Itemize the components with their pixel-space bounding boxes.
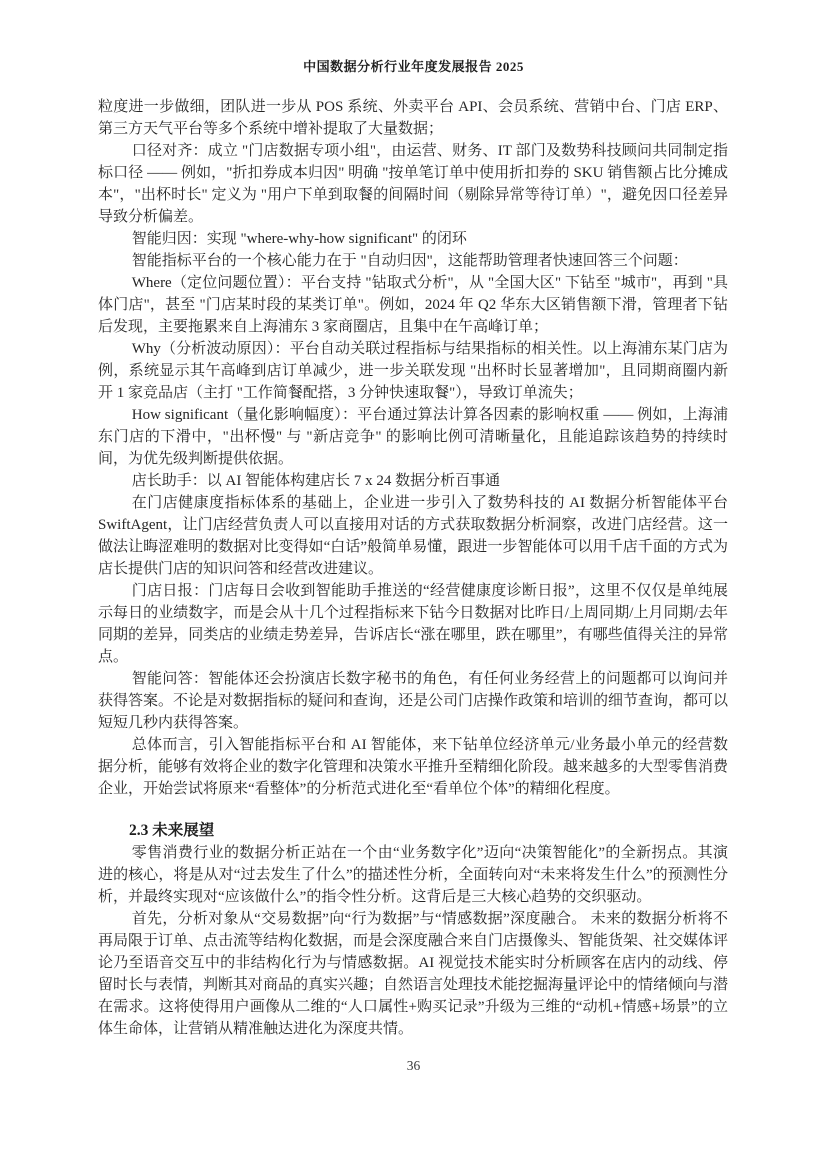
- paragraph: 粒度进一步做细，团队进一步从 POS 系统、外卖平台 API、会员系统、营销中台…: [98, 96, 728, 140]
- paragraph: 智能问答：智能体还会扮演店长数字秘书的角色，有任何业务经营上的问题都可以询问并获…: [98, 668, 728, 734]
- document-body: 粒度进一步做细，团队进一步从 POS 系统、外卖平台 API、会员系统、营销中台…: [98, 96, 728, 1040]
- paragraph: 店长助手：以 AI 智能体构建店长 7 x 24 数据分析百事通: [98, 470, 728, 492]
- paragraph: How significant（量化影响幅度）：平台通过算法计算各因素的影响权重…: [98, 404, 728, 470]
- document-page: 中国数据分析行业年度发展报告 2025 粒度进一步做细，团队进一步从 POS 系…: [0, 0, 827, 1169]
- paragraph: 口径对齐：成立 "门店数据专项小组"，由运营、财务、IT 部门及数势科技顾问共同…: [98, 140, 728, 228]
- page-number: 36: [0, 1058, 827, 1074]
- paragraph: Where（定位问题位置）：平台支持 "钻取式分析"，从 "全国大区" 下钻至 …: [98, 272, 728, 338]
- paragraph: 在门店健康度指标体系的基础上，企业进一步引入了数势科技的 AI 数据分析智能体平…: [98, 492, 728, 580]
- section-heading: 2.3 未来展望: [98, 820, 728, 842]
- paragraph: 门店日报：门店每日会收到智能助手推送的“经营健康度诊断日报”，这里不仅仅是单纯展…: [98, 580, 728, 668]
- paragraph: 首先，分析对象从“交易数据”向“行为数据”与“情感数据”深度融合。 未来的数据分…: [98, 908, 728, 1040]
- paragraph: 总体而言，引入智能指标平台和 AI 智能体，来下钻单位经济单元/业务最小单元的经…: [98, 734, 728, 800]
- document-header-title: 中国数据分析行业年度发展报告 2025: [0, 56, 827, 75]
- paragraph: 零售消费行业的数据分析正站在一个由“业务数字化”迈向“决策智能化”的全新拐点。其…: [98, 842, 728, 908]
- paragraph: 智能指标平台的一个核心能力在于 "自动归因"，这能帮助管理者快速回答三个问题：: [98, 250, 728, 272]
- paragraph: Why（分析波动原因）：平台自动关联过程指标与结果指标的相关性。以上海浦东某门店…: [98, 338, 728, 404]
- paragraph: 智能归因：实现 "where-why-how significant" 的闭环: [98, 228, 728, 250]
